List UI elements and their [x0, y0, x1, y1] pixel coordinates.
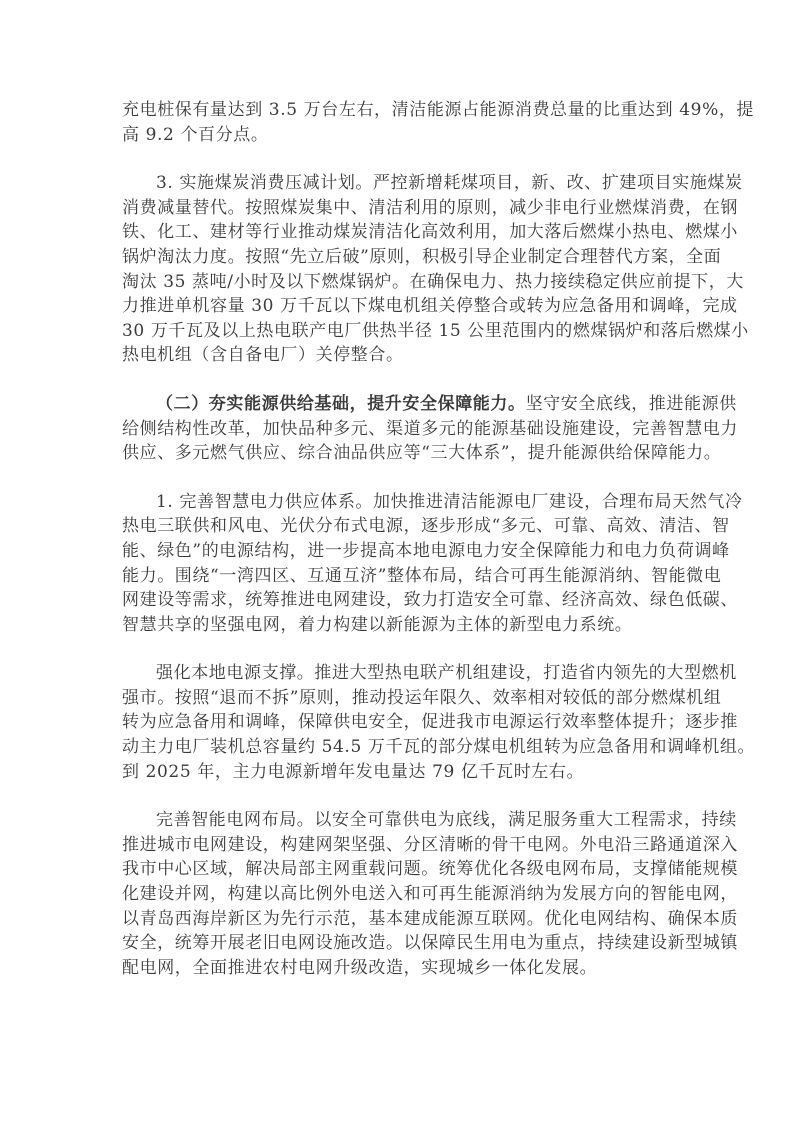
text-line: 消费减量替代。按照煤炭集中、清洁利用的原则，减少非电行业燃煤消费，在钢	[122, 196, 682, 221]
text-line: 锅炉淘汰力度。按照“先立后破”原则，积极引导企业制定合理替代方案，全面	[122, 245, 682, 270]
text-line: 转为应急备用和调峰，保障供电安全，促进我市电源运行效率整体提升；逐步推	[122, 710, 682, 735]
text-line: 能、绿色”的电源结构，进一步提高本地电源电力安全保障能力和电力负荷调峰	[122, 539, 682, 564]
text-line: 智慧共享的坚强电网，着力构建以新能源为主体的新型电力系统。	[122, 613, 682, 638]
paragraph-smart-grid-layout: 完善智能电网布局。以安全可靠供电为底线，满足服务重大工程需求，持续 推进城市电网…	[122, 808, 682, 980]
text-line: 供应、多元燃气供应、综合油品供应等“三大体系”，提升能源供给保障能力。	[122, 441, 682, 466]
text-line: 给侧结构性改革，加快品种多元、渠道多元的能源基础设施建设，完善智慧电力	[122, 417, 682, 442]
text-line: 化建设并网，构建以高比例外电送入和可再生能源消纳为发展方向的智能电网，	[122, 882, 682, 907]
text-line: 充电桩保有量达到 3.5 万台左右，清洁能源占能源消费总量的比重达到 49%，提	[122, 98, 682, 123]
text-line: 力推进单机容量 30 万千瓦以下煤电机组关停整合或转为应急备用和调峰，完成	[122, 294, 682, 319]
text-line: 热电三联供和风电、光伏分布式电源，逐步形成“多元、可靠、高效、清洁、智	[122, 514, 682, 539]
text-line: 以青岛西海岸新区为先行示范，基本建成能源互联网。优化电网结构、确保本质	[122, 907, 682, 932]
paragraph-ev-charging-clean-energy: 充电桩保有量达到 3.5 万台左右，清洁能源占能源消费总量的比重达到 49%，提…	[122, 98, 682, 147]
text-line: 安全，统筹开展老旧电网设施改造。以保障民生用电为重点，持续建设新型城镇	[122, 931, 682, 956]
text-line: 1. 完善智慧电力供应体系。加快推进清洁能源电厂建设，合理布局天然气冷	[122, 490, 682, 515]
section-heading: （二）夯实能源供给基础，提升安全保障能力。	[156, 394, 526, 414]
text-line: 到 2025 年，主力电源新增年发电量达 79 亿千瓦时左右。	[122, 760, 682, 785]
text-line: 3. 实施煤炭消费压减计划。严控新增耗煤项目，新、改、扩建项目实施煤炭	[122, 171, 682, 196]
document-page: 充电桩保有量达到 3.5 万台左右，清洁能源占能源消费总量的比重达到 49%，提…	[0, 0, 800, 1131]
text-line: 强化本地电源支撑。推进大型热电联产机组建设，打造省内领先的大型燃机	[122, 661, 682, 686]
text-line: 高 9.2 个百分点。	[122, 123, 682, 148]
document-body: 充电桩保有量达到 3.5 万台左右，清洁能源占能源消费总量的比重达到 49%，提…	[122, 98, 682, 1004]
paragraph-coal-reduction-plan: 3. 实施煤炭消费压减计划。严控新增耗煤项目，新、改、扩建项目实施煤炭 消费减量…	[122, 171, 682, 368]
text-line: 淘汰 35 蒸吨/小时及以下燃煤锅炉。在确保电力、热力接续稳定供应前提下，大	[122, 270, 682, 295]
text-line: 动主力电厂装机总容量约 54.5 万千瓦的部分煤电机组转为应急备用和调峰机组。	[122, 735, 682, 760]
text-line: 我市中心区域，解决局部主网重载问题。统筹优化各级电网布局，支撑储能规模	[122, 857, 682, 882]
text-line: 强市。按照“退而不拆”原则，推动投运年限久、效率相对较低的部分燃煤机组	[122, 686, 682, 711]
text-run: 坚守安全底线，推进能源供	[526, 394, 737, 414]
text-line: 铁、化工、建材等行业推动煤炭清洁化高效利用，加大落后燃煤小热电、燃煤小	[122, 220, 682, 245]
text-line: 完善智能电网布局。以安全可靠供电为底线，满足服务重大工程需求，持续	[122, 808, 682, 833]
text-line: 配电网，全面推进农村电网升级改造，实现城乡一体化发展。	[122, 956, 682, 981]
paragraph-energy-supply-foundation: （二）夯实能源供给基础，提升安全保障能力。坚守安全底线，推进能源供 给侧结构性改…	[122, 392, 682, 466]
text-line: 网建设等需求，统筹推进电网建设，致力打造安全可靠、经济高效、绿色低碳、	[122, 588, 682, 613]
paragraph-local-power-support: 强化本地电源支撑。推进大型热电联产机组建设，打造省内领先的大型燃机 强市。按照“…	[122, 661, 682, 784]
text-line: 30 万千瓦及以上热电联产电厂供热半径 15 公里范围内的燃煤锅炉和落后燃煤小	[122, 319, 682, 344]
text-line: 能力。围绕“一湾四区、互通互济”整体布局，结合可再生能源消纳、智能微电	[122, 564, 682, 589]
text-line: 推进城市电网建设，构建网架坚强、分区清晰的骨干电网。外电沿三路通道深入	[122, 833, 682, 858]
text-line: （二）夯实能源供给基础，提升安全保障能力。坚守安全底线，推进能源供	[122, 392, 682, 417]
text-line: 热电机组（含自备电厂）关停整合。	[122, 343, 682, 368]
paragraph-smart-power-supply-system: 1. 完善智慧电力供应体系。加快推进清洁能源电厂建设，合理布局天然气冷 热电三联…	[122, 490, 682, 638]
